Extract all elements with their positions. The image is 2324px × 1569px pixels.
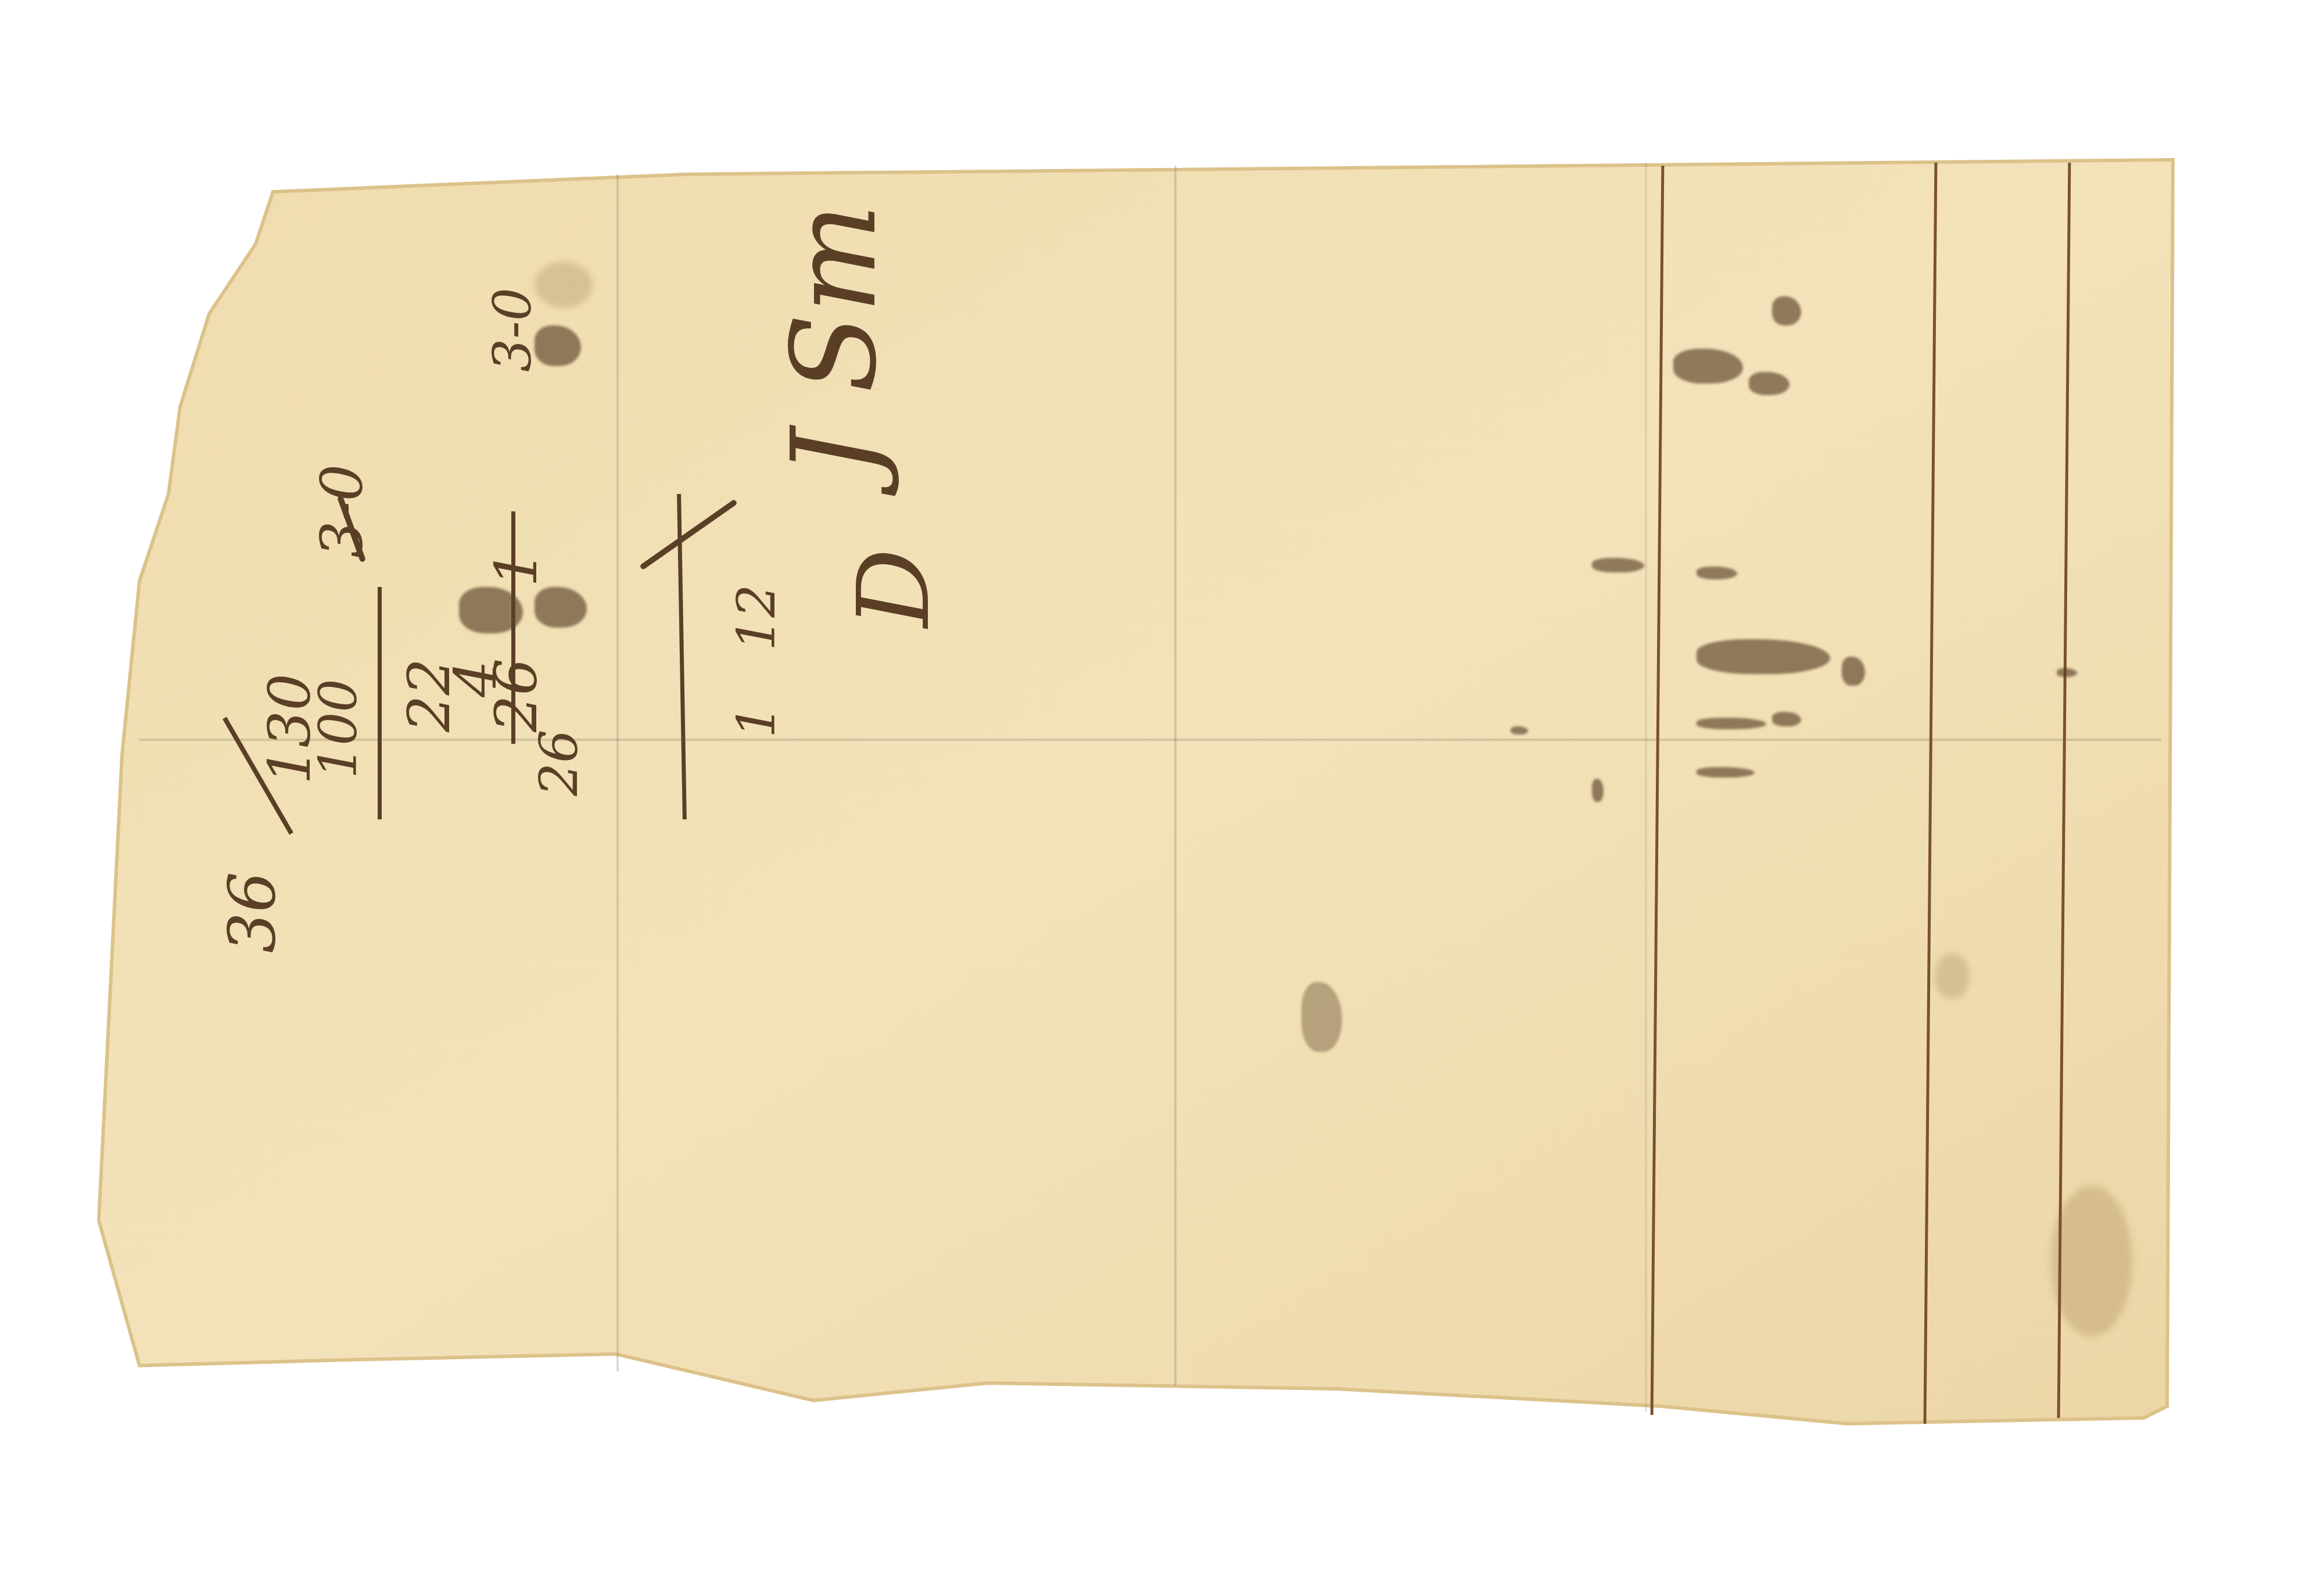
calc-col-a-3: 26 [482, 658, 550, 732]
stain [2051, 1185, 2132, 1337]
bleed-through-mark [1592, 558, 1644, 572]
signature-initial: D [837, 549, 952, 628]
calc-result-top: 3-0 [482, 288, 543, 372]
fold-crease-2 [1174, 166, 1177, 1386]
fold-crease-3 [1644, 163, 1648, 1412]
calc-result-bottom-b: 12 [726, 584, 787, 651]
stain [1935, 953, 1970, 1000]
bleed-through-mark [1842, 657, 1865, 686]
bleed-through-mark [1592, 779, 1604, 802]
bleed-through-mark [1697, 567, 1737, 579]
stain [535, 261, 593, 308]
signature: J Sm [767, 203, 902, 477]
bleed-through-mark [1697, 718, 1766, 729]
calc-col-b-1: 1 [482, 550, 550, 587]
fold-crease-horizontal [139, 738, 2161, 741]
calc-col-a-4: 26 [529, 729, 590, 796]
document-scan: 36 130 100 3-0 22 4 26 26 1 3-0 1 12 J S… [0, 0, 2324, 1569]
bleed-through-mark [1511, 726, 1528, 735]
bleed-through-mark [1772, 296, 1801, 325]
bleed-through-mark [1772, 712, 1801, 726]
calc-result-bottom-a: 1 [726, 705, 787, 738]
bleed-through-mark [1697, 767, 1755, 778]
bleed-through-mark [1749, 372, 1789, 395]
fold-crease-1 [616, 174, 619, 1371]
calc-vertical-rule-1 [378, 587, 382, 819]
bleed-through-mark [2057, 668, 2077, 677]
calc-divisor: 36 [215, 872, 289, 953]
paper-sheet [0, 0, 2324, 1569]
calc-dividend-sub: 100 [308, 679, 369, 779]
